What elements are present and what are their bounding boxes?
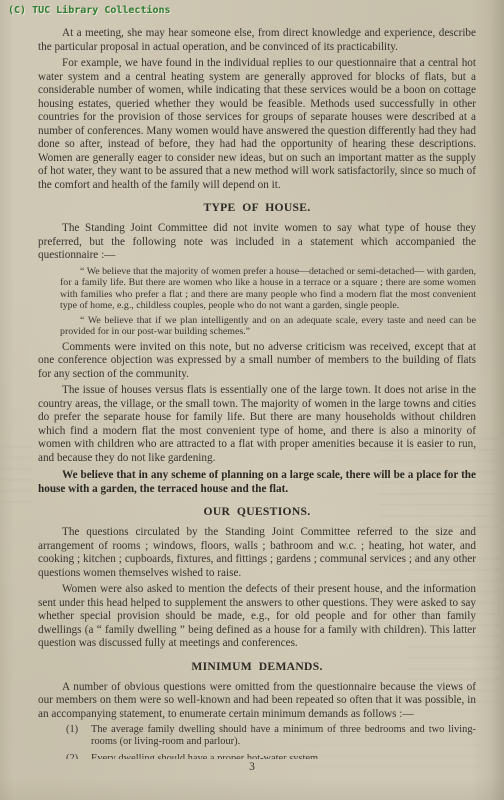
paragraph-we-believe: We believe that in any scheme of plannin… bbox=[38, 469, 476, 496]
demand-item-2: (2) Every dwelling should have a proper … bbox=[66, 753, 476, 759]
demand-text: The average family dwelling should have … bbox=[91, 724, 476, 749]
paragraph-standing-joint-committee: The Standing Joint Committee did not inv… bbox=[38, 222, 476, 263]
section-heading-minimum-demands: MINIMUM DEMANDS. bbox=[38, 660, 476, 674]
demand-number: (1) bbox=[66, 724, 91, 749]
section-heading-type-of-house: TYPE OF HOUSE. bbox=[38, 201, 476, 215]
paragraph-questions-circulated: The questions circulated by the Standing… bbox=[38, 526, 476, 580]
watermark: (C) TUC Library Collections bbox=[8, 5, 171, 16]
paragraph-minimum-demands-intro: A number of obvious questions were omitt… bbox=[38, 681, 476, 722]
paragraph-for-example: For example, we have found in the indivi… bbox=[38, 57, 476, 192]
bleedthrough-texture bbox=[2, 446, 32, 508]
paragraph-comments-invited: Comments were invited on this note, but … bbox=[38, 341, 476, 382]
minimum-demands-list: (1) The average family dwelling should h… bbox=[66, 724, 476, 759]
demand-text: Every dwelling should have a proper hot-… bbox=[91, 753, 476, 759]
paragraph-defects: Women were also asked to mention the def… bbox=[38, 583, 476, 651]
page-number: 3 bbox=[0, 761, 504, 773]
demand-item-1: (1) The average family dwelling should h… bbox=[66, 724, 476, 749]
page-text-block: At a meeting, she may hear someone else,… bbox=[38, 27, 476, 759]
demand-number: (2) bbox=[66, 753, 91, 759]
blockquote-majority-of-women: “ We believe that the majority of women … bbox=[60, 266, 476, 312]
blockquote-plan-intelligently: “ We believe that if we plan intelligent… bbox=[60, 315, 476, 338]
section-heading-our-questions: OUR QUESTIONS. bbox=[38, 505, 476, 519]
paragraph-at-a-meeting: At a meeting, she may hear someone else,… bbox=[38, 27, 476, 54]
scanned-page: (C) TUC Library Collections At a meeting… bbox=[0, 0, 504, 800]
paragraph-houses-versus-flats: The issue of houses versus flats is esse… bbox=[38, 384, 476, 465]
